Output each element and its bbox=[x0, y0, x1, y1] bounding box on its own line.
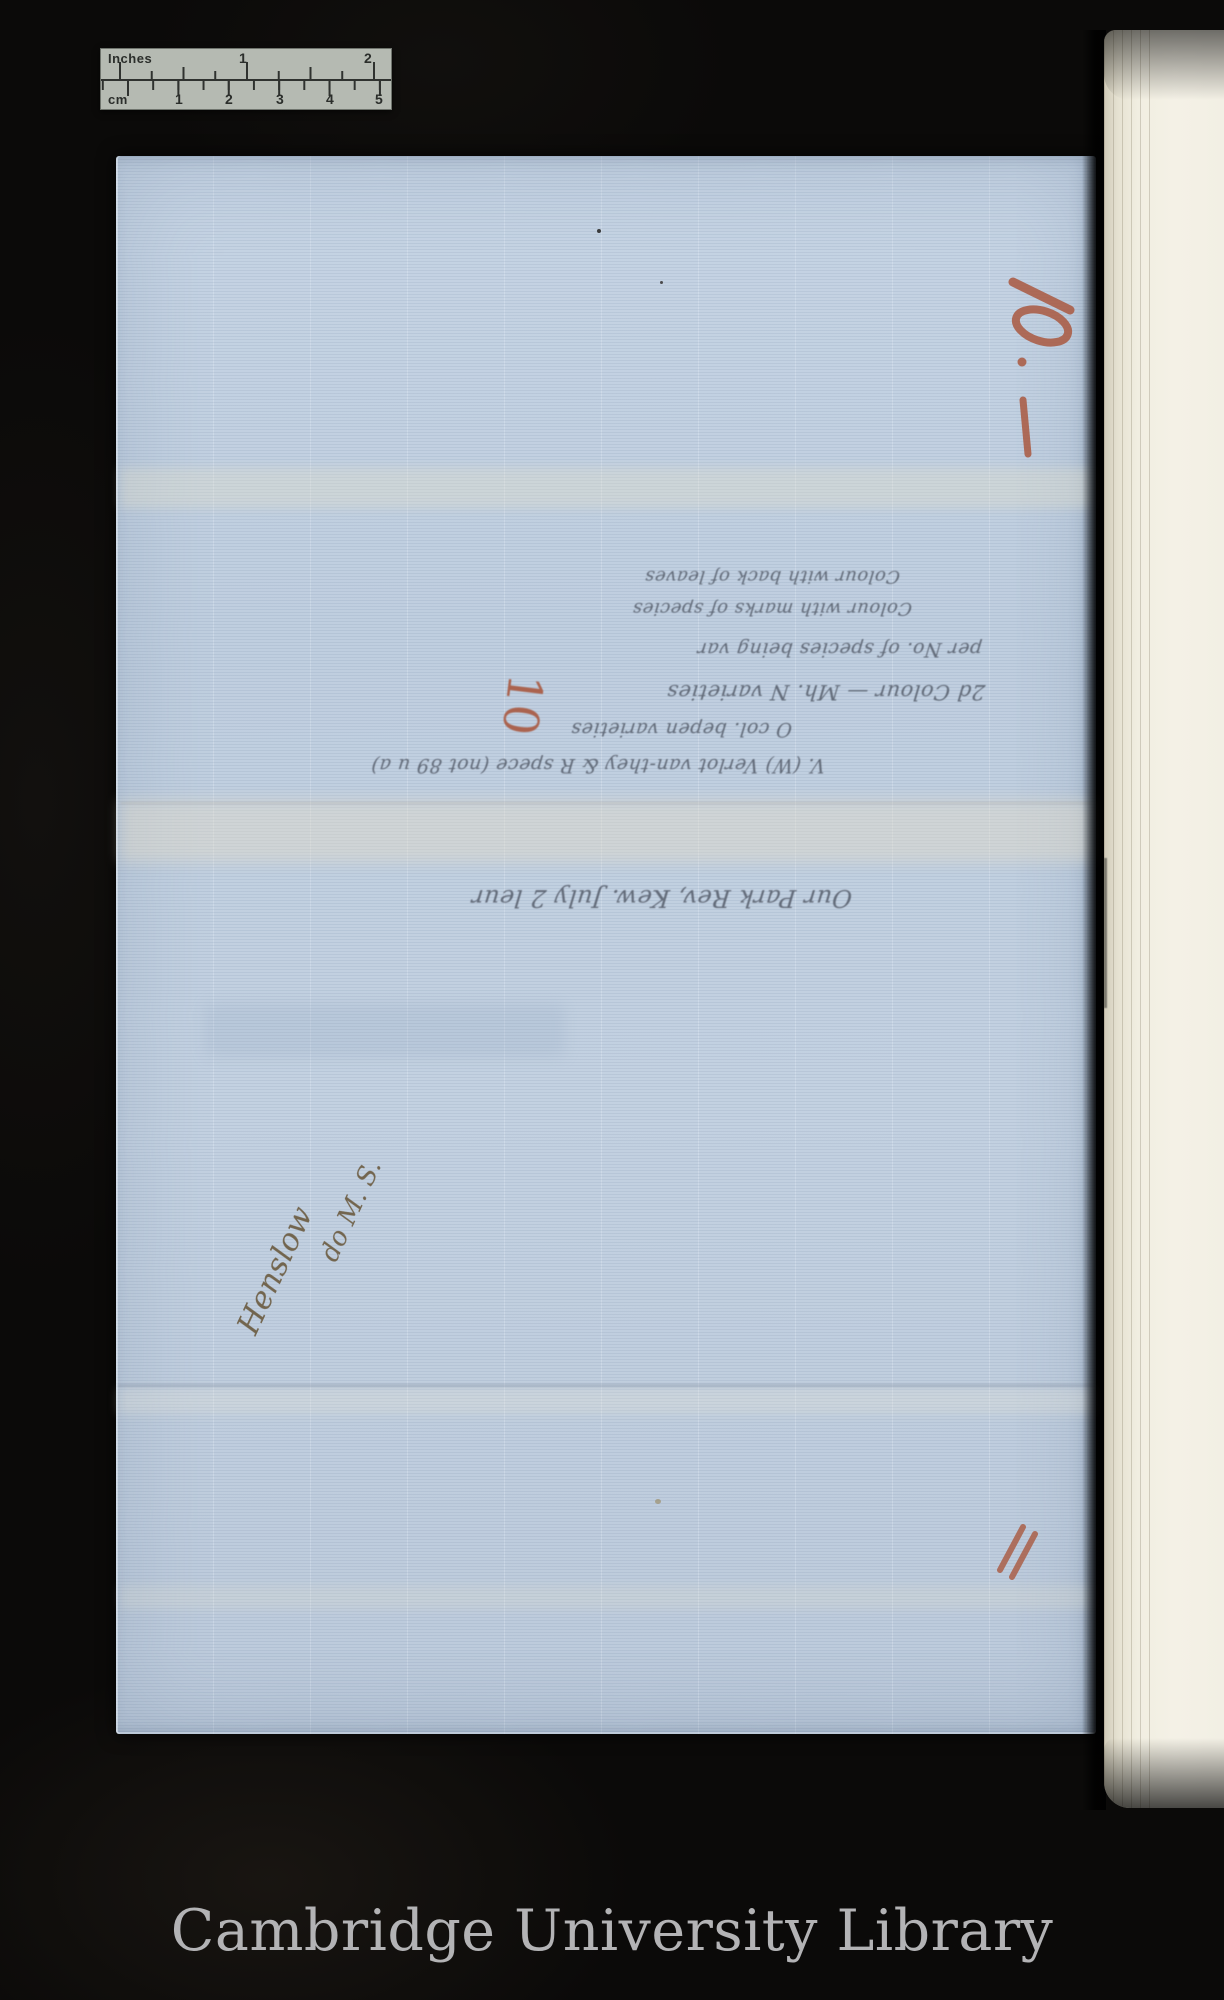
ruler-inches-label: Inches bbox=[108, 51, 152, 66]
ruler-cm-label: cm bbox=[108, 92, 128, 107]
ruler-cm-number: 2 bbox=[225, 91, 233, 107]
pencil-note-line: O col. bepen varieties bbox=[556, 718, 793, 740]
foxing-spot bbox=[655, 1499, 661, 1504]
red-check-marks bbox=[995, 1515, 1040, 1585]
ruler-cm-number: 4 bbox=[326, 91, 334, 107]
measurement-ruler: Inches 1 2 cm 1 2 3 4 5 bbox=[100, 48, 392, 110]
pencil-note-center-line: Our Park Rev, Kew. July 2 leur bbox=[476, 884, 854, 912]
manuscript-photo: Inches 1 2 cm 1 2 3 4 5 Colour with back… bbox=[0, 0, 1224, 2000]
ruler-inch-number: 2 bbox=[364, 50, 372, 66]
pencil-note-line: Colour with back of leaves bbox=[699, 566, 901, 587]
pencil-note-line: per No. of species being var bbox=[691, 638, 983, 660]
ruler-cm-number: 1 bbox=[175, 91, 183, 107]
ink-speck bbox=[660, 281, 663, 284]
red-folio-number-mid: 10 bbox=[491, 671, 554, 737]
fore-edge-page-lines bbox=[1104, 30, 1150, 1808]
fore-edge-bottom-shadow bbox=[1104, 1738, 1224, 1808]
ruler-cm-row bbox=[101, 81, 391, 109]
ruler-inch-number: 1 bbox=[239, 50, 247, 66]
pencil-note-line: V. (W) Verlot van-they & R spece (not 89… bbox=[379, 754, 826, 776]
library-credit: Cambridge University Library bbox=[0, 1898, 1224, 1964]
graphite-edge-mark bbox=[1104, 858, 1107, 1008]
manuscript-page bbox=[116, 156, 1096, 1734]
fore-edge-top-shadow bbox=[1104, 30, 1224, 100]
pencil-note-line: Colour with marks of species bbox=[711, 598, 913, 619]
pencil-note-line: 2d Colour — Mh. N varieties bbox=[639, 680, 987, 704]
ink-speck bbox=[597, 229, 601, 233]
book-fore-edge bbox=[1104, 30, 1224, 1808]
ruler-cm-number: 3 bbox=[276, 91, 284, 107]
page-gutter-shadow bbox=[1082, 30, 1106, 1810]
ruler-cm-number: 5 bbox=[375, 91, 383, 107]
